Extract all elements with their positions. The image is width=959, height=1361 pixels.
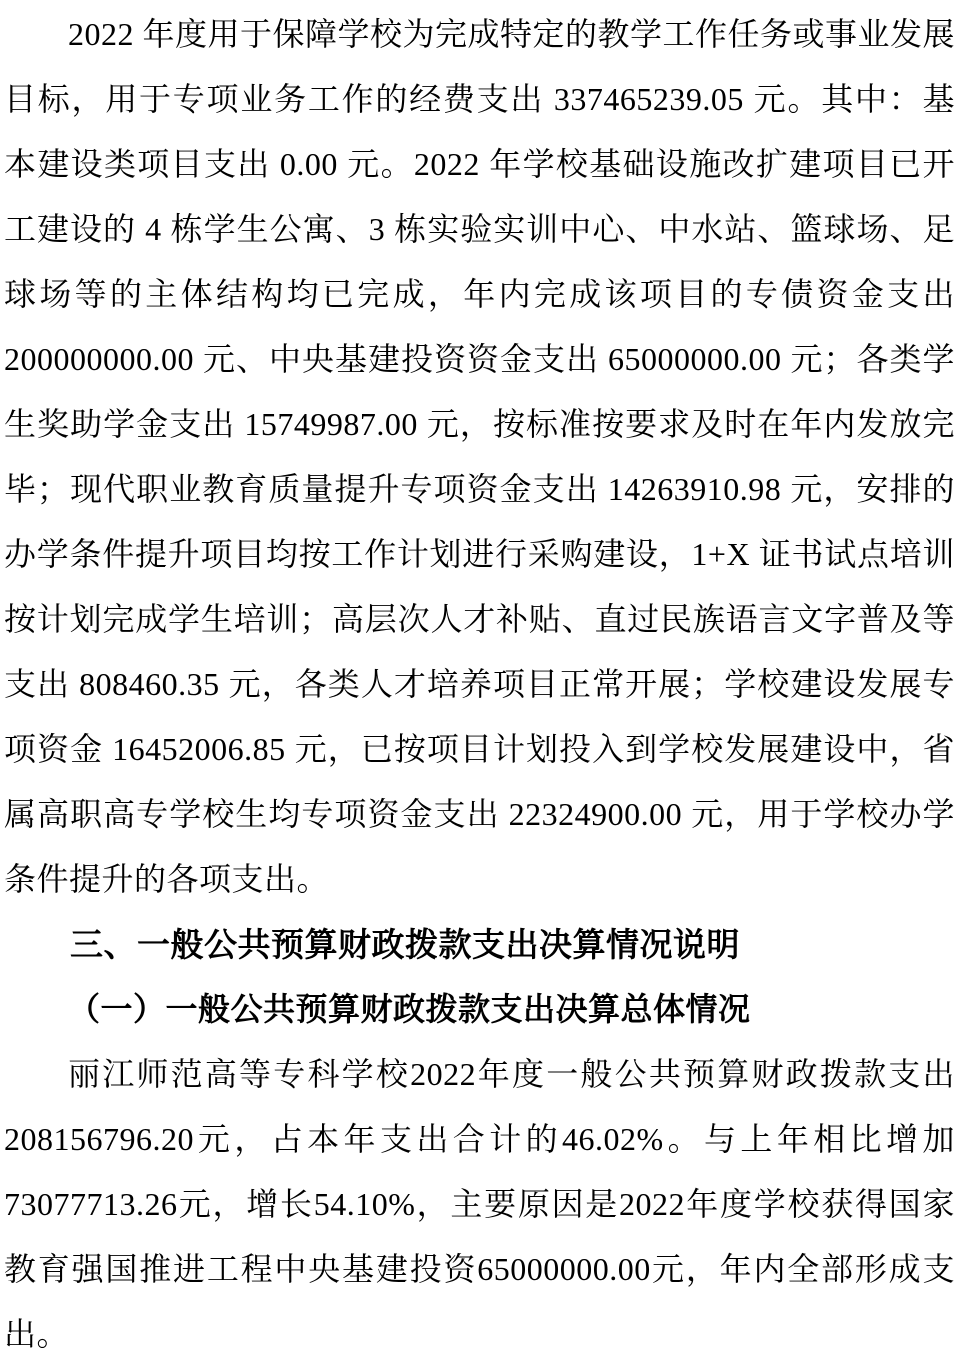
paragraph-general-budget: 丽江师范高等专科学校2022年度一般公共预算财政拨款支出208156796.20… — [4, 1042, 955, 1361]
subsection-heading: （一）一般公共预算财政拨款支出决算总体情况 — [4, 977, 955, 1042]
document-page: 2022 年度用于保障学校为完成特定的教学工作任务或事业发展目标，用于专项业务工… — [0, 0, 959, 1361]
section-heading: 三、一般公共预算财政拨款支出决算情况说明 — [4, 912, 955, 977]
paragraph-special-funds: 2022 年度用于保障学校为完成特定的教学工作任务或事业发展目标，用于专项业务工… — [4, 2, 955, 912]
